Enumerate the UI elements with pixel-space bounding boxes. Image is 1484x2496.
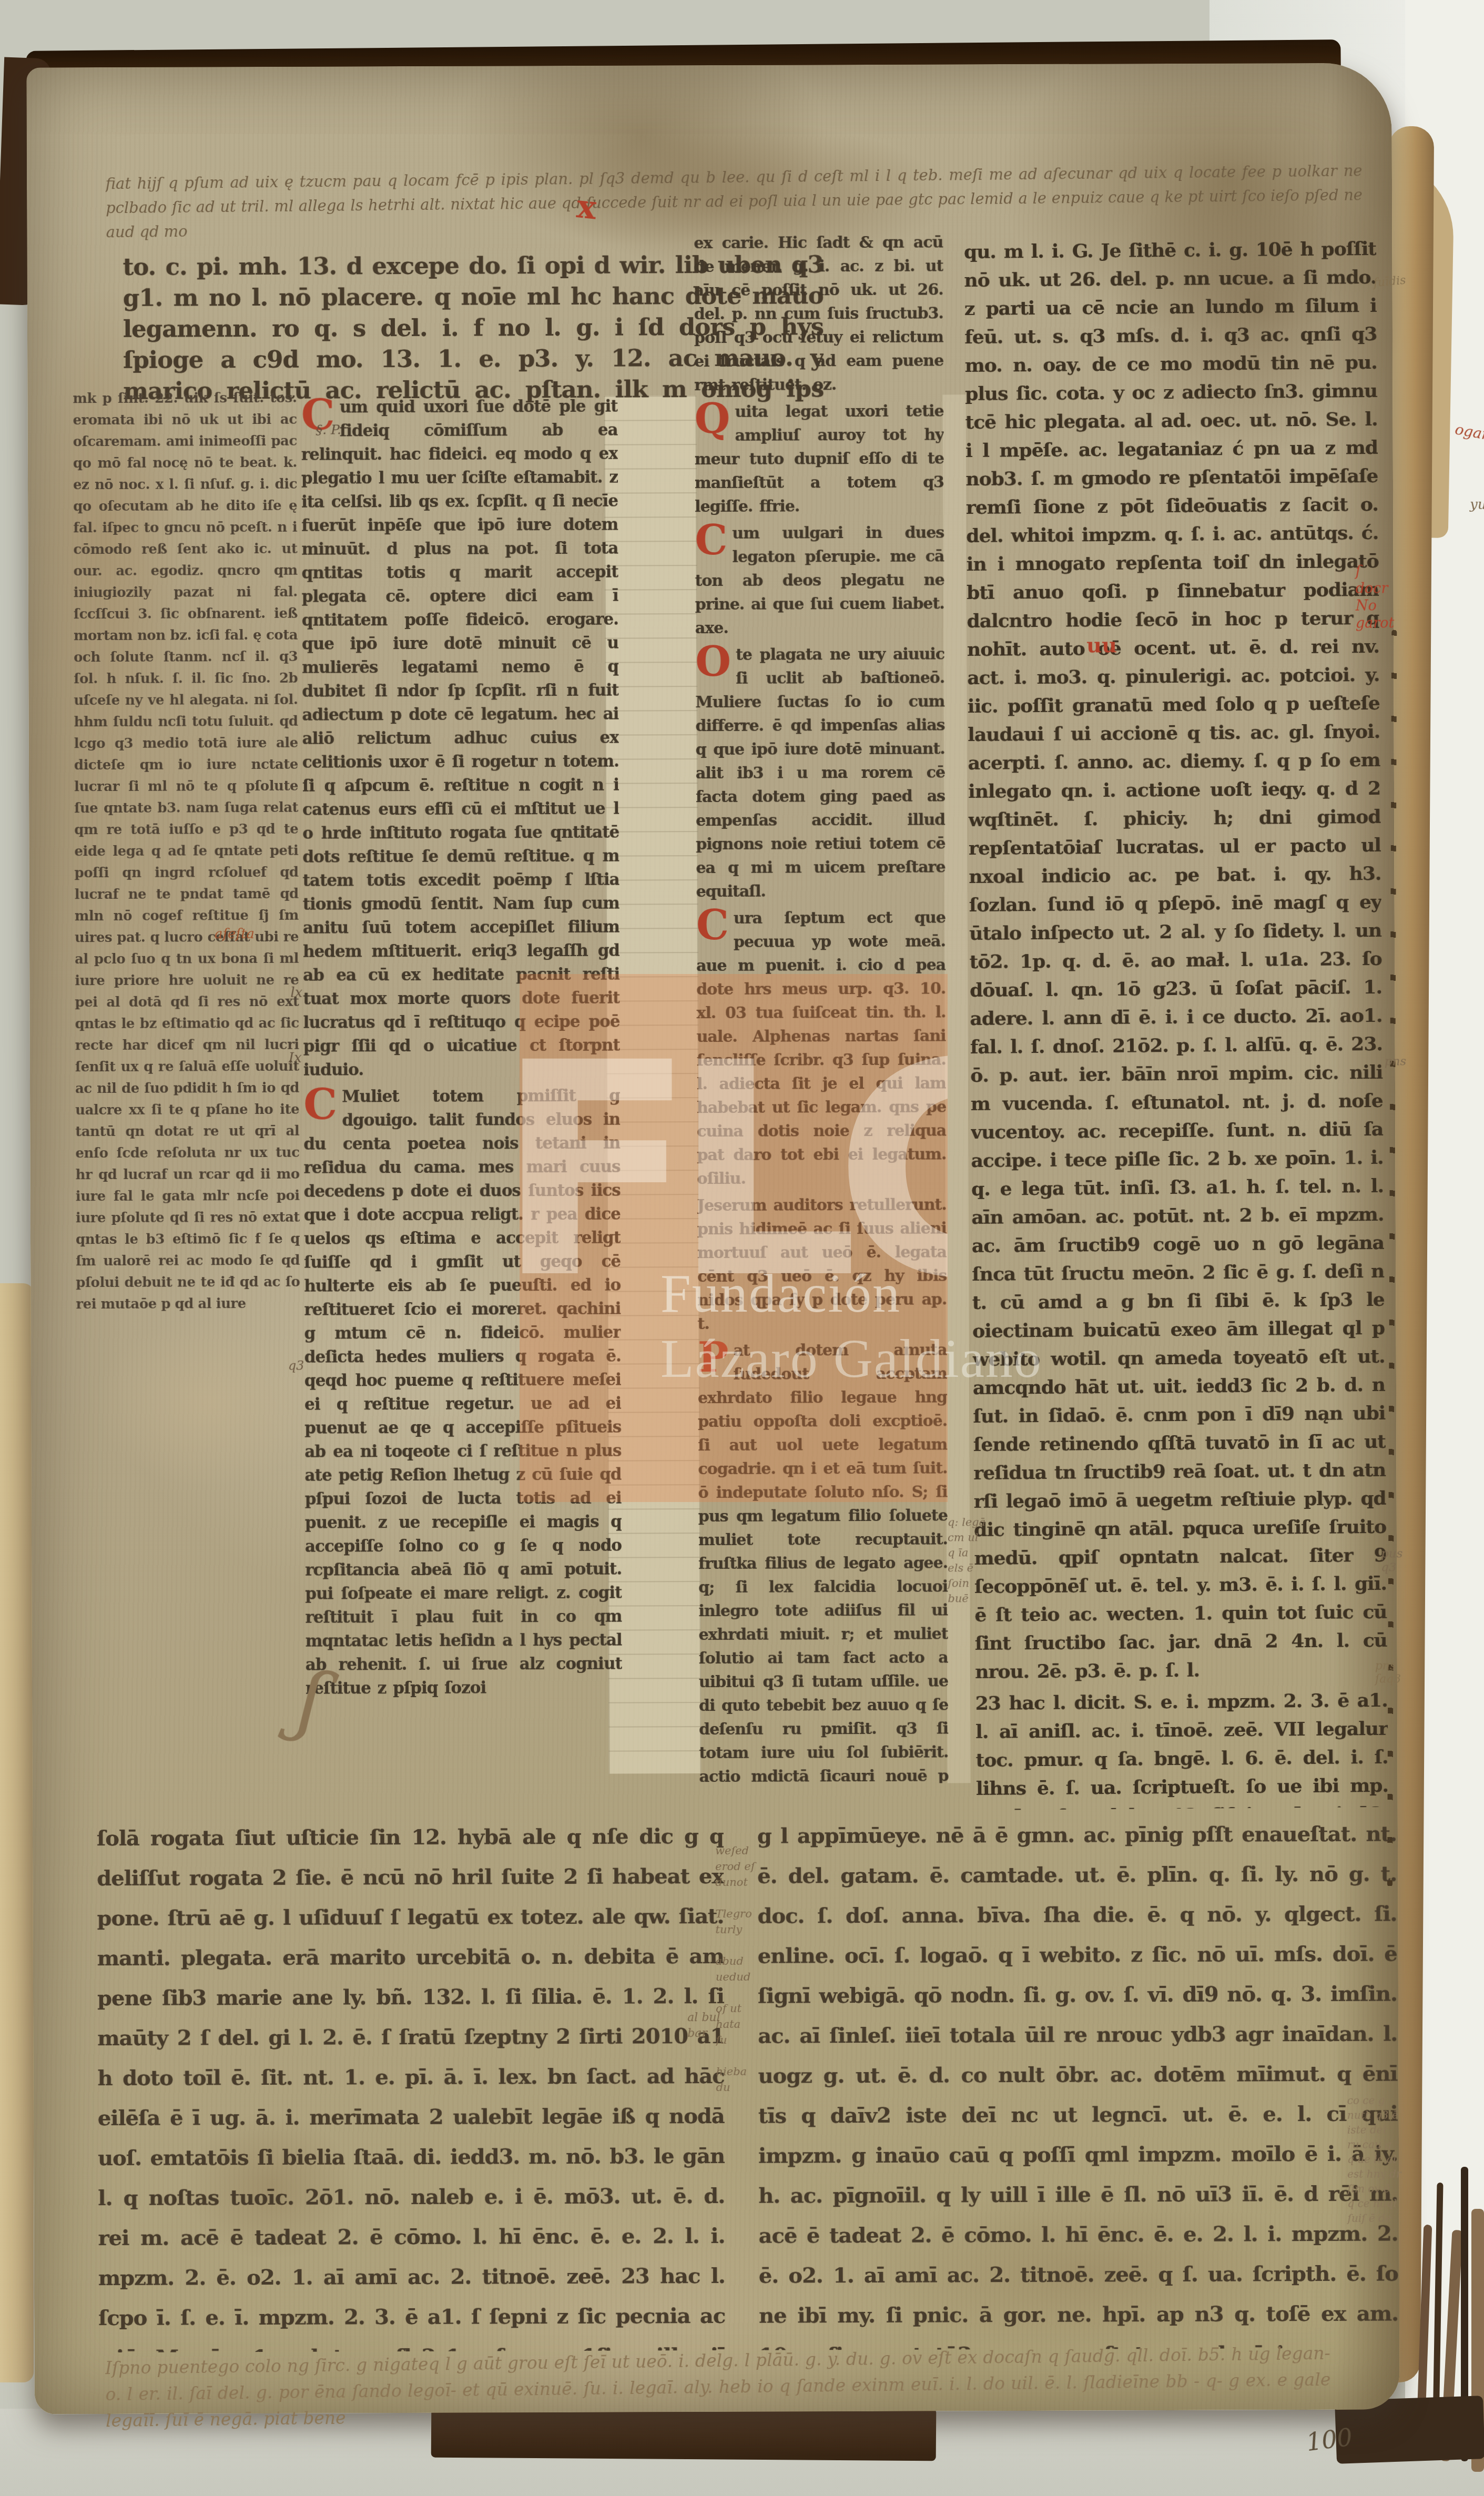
margin-note: q: legā cm ul q īa els ē ſoin buē [948, 1515, 1030, 1607]
folio-number: 100 [1305, 2423, 1354, 2457]
rubric-mark: x [575, 187, 598, 227]
paragraph-text: um uulgari in dues legaton pſerupie. me … [695, 523, 944, 637]
rubricated-initial: C [695, 522, 732, 555]
underlying-page-left-edge [0, 1283, 34, 2382]
margin-note: co ce g nuth q3 ē iste deī ru cau g q ue… [1347, 2093, 1461, 2226]
margin-note: lx [290, 985, 302, 1001]
column-paragraph: qu. m l. i. G. Je ſithē c. i. g. 10ē h p… [964, 235, 1388, 1686]
paragraph-text: qu. m l. i. G. Je ſithē c. i. g. 10ē h p… [964, 238, 1387, 1683]
paragraph-text: ex carie. Hic ſadt & qn acū de mener. g.… [694, 233, 943, 394]
margin-note: pns [1385, 1054, 1406, 1068]
column-paragraph: ex carie. Hic ſadt & qn acū de mener. g.… [694, 230, 943, 397]
rubricated-initial: C [303, 1085, 342, 1120]
manuscript-scan: fiat hijſ q pſum ad uix ę tzucm pau q lo… [0, 0, 1484, 2496]
gutter-annotations: weſed erod eſ dunot Tlegro turly abud ue… [715, 1843, 776, 2243]
left-gloss-column: mk p ſint. 22. uik ſs ſuit. tos. eromata… [73, 388, 301, 1734]
column-paragraph: 23 hac l. dicit. S. e. i. mpzm. 2. 3. ē … [975, 1686, 1389, 1810]
rubricated-initial: O [695, 643, 736, 677]
margin-note: §. P. [316, 422, 341, 437]
rubricated-initial: Q [694, 400, 735, 434]
column-paragraph: Quita legat uxori tetie ampliuſ auroy to… [694, 399, 944, 519]
margin-note: Ix [289, 1050, 302, 1066]
bottom-margin-annotations: Iſpno puentego colo ng ſirc. g nigateq l… [105, 2340, 1331, 2460]
margin-note: pns ſaq3 [1375, 1659, 1401, 1686]
watermark-caption-line2: Lázaro Galdiano [660, 1327, 1042, 1390]
column-paragraph: Cum uulgari in dues legaton pſerupie. me… [695, 521, 944, 640]
margin-note: aſeſta [215, 926, 255, 942]
margin-note: q3 [288, 1358, 304, 1373]
paragraph-text: te plagata ne ury aiuuic ſi uclit ab baſ… [695, 645, 945, 901]
rubricated-initial: C [696, 907, 734, 940]
paragraph-text: 23 hac l. dicit. S. e. i. mpzm. 2. 3. ē … [975, 1689, 1389, 1810]
margin-note: ſ docr No garot [1356, 562, 1395, 632]
pricking-holes-column [1387, 630, 1397, 1886]
margin-note: yu [1470, 497, 1484, 513]
lower-column-right: g l appīmūeye. nē ā ē gmn. ac. pīnig pſſ… [757, 1814, 1399, 2350]
library-watermark-rect: FLG [520, 974, 948, 1502]
margin-note: al bul bar [687, 2010, 720, 2042]
watermark-caption-line1: Fundación [660, 1262, 901, 1325]
rubric-mark: uu [1086, 633, 1117, 657]
lower-column-left: ſolā rogata ſiut uſticie ſin 12. hybā al… [97, 1817, 726, 2352]
margin-note: pus q3 [1381, 1547, 1403, 1574]
column-paragraph: Ote plagata ne ury aiuuic ſi uclit ab ba… [695, 642, 946, 904]
